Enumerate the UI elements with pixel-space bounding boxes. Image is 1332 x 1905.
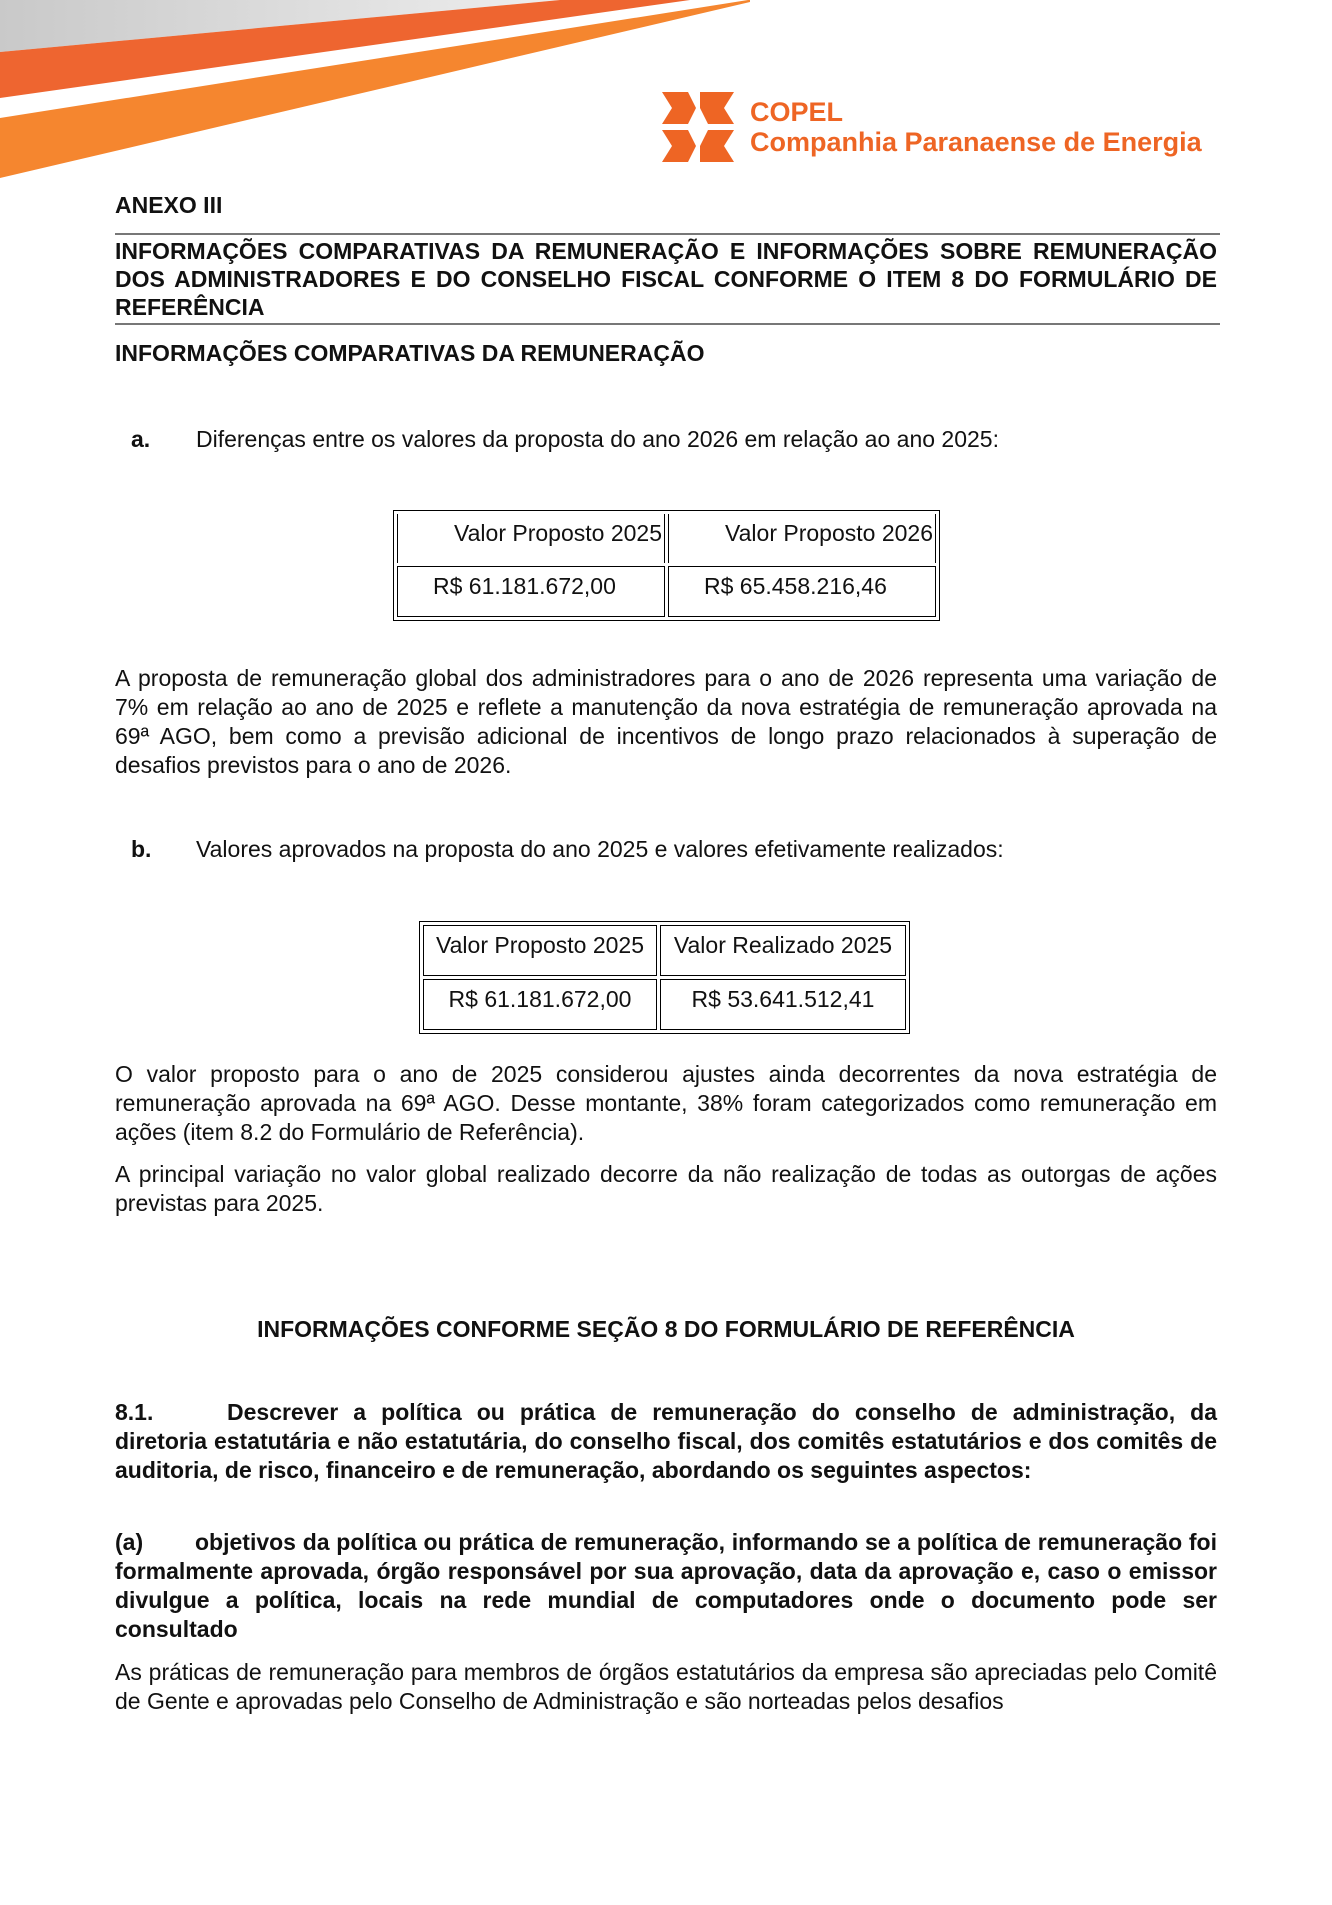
- annex-label: ANEXO III: [115, 192, 1217, 219]
- question-8-1: 8.1.Descrever a política ou prática de r…: [115, 1398, 1217, 1485]
- logo-company-name: COPEL: [750, 97, 1202, 127]
- copel-logo-icon: [660, 92, 736, 162]
- company-logo: COPEL Companhia Paranaense de Energia: [660, 92, 1202, 162]
- table-header-cell: Valor Realizado 2025: [660, 925, 906, 976]
- paragraph-main-variation: A principal variação no valor global rea…: [115, 1160, 1217, 1218]
- table-realized-values: Valor Proposto 2025 Valor Realizado 2025…: [419, 921, 910, 1034]
- paragraph-2025-adjustments: O valor proposto para o ano de 2025 cons…: [115, 1060, 1217, 1147]
- table-header-row: Valor Proposto 2025 Valor Realizado 2025: [423, 925, 906, 976]
- divider-bottom: [115, 323, 1220, 325]
- table-row: R$ 61.181.672,00 R$ 65.458.216,46: [397, 566, 936, 617]
- table-row: R$ 61.181.672,00 R$ 53.641.512,41: [423, 979, 906, 1030]
- item-b: b. Valores aprovados na proposta do ano …: [131, 836, 1004, 863]
- question-8-1-text: Descrever a política ou prática de remun…: [115, 1399, 1217, 1483]
- paragraph-proposal-variation: A proposta de remuneração global dos adm…: [115, 664, 1217, 780]
- table-cell-value: R$ 61.181.672,00: [423, 979, 657, 1030]
- question-a: (a)objetivos da política ou prática de r…: [115, 1528, 1217, 1644]
- divider-top: [115, 233, 1220, 235]
- table-header-cell: Valor Proposto 2026: [668, 514, 936, 563]
- item-a: a. Diferenças entre os valores da propos…: [131, 426, 999, 453]
- question-a-label: (a): [115, 1528, 195, 1557]
- table-cell-value: R$ 53.641.512,41: [660, 979, 906, 1030]
- section-heading-comparative: INFORMAÇÕES COMPARATIVAS DA REMUNERAÇÃO: [115, 340, 1217, 367]
- question-a-text: objetivos da política ou prática de remu…: [115, 1529, 1217, 1642]
- table-cell-value: R$ 61.181.672,00: [397, 566, 665, 617]
- item-b-text: Valores aprovados na proposta do ano 202…: [196, 836, 1004, 863]
- paragraph-remuneration-practices: As práticas de remuneração para membros …: [115, 1658, 1217, 1716]
- question-8-1-label: 8.1.: [115, 1398, 227, 1427]
- table-cell-value: R$ 65.458.216,46: [668, 566, 936, 617]
- table-header-cell: Valor Proposto 2025: [397, 514, 665, 563]
- table-header-cell: Valor Proposto 2025: [423, 925, 657, 976]
- item-b-label: b.: [131, 836, 196, 863]
- logo-company-subtitle: Companhia Paranaense de Energia: [750, 127, 1202, 157]
- item-a-text: Diferenças entre os valores da proposta …: [196, 426, 999, 453]
- document-title: INFORMAÇÕES COMPARATIVAS DA REMUNERAÇÃO …: [115, 237, 1217, 321]
- table-proposed-values: Valor Proposto 2025 Valor Proposto 2026 …: [393, 510, 940, 621]
- section-heading-item-8: INFORMAÇÕES CONFORME SEÇÃO 8 DO FORMULÁR…: [0, 1316, 1332, 1343]
- item-a-label: a.: [131, 426, 196, 453]
- table-header-row: Valor Proposto 2025 Valor Proposto 2026: [397, 514, 936, 563]
